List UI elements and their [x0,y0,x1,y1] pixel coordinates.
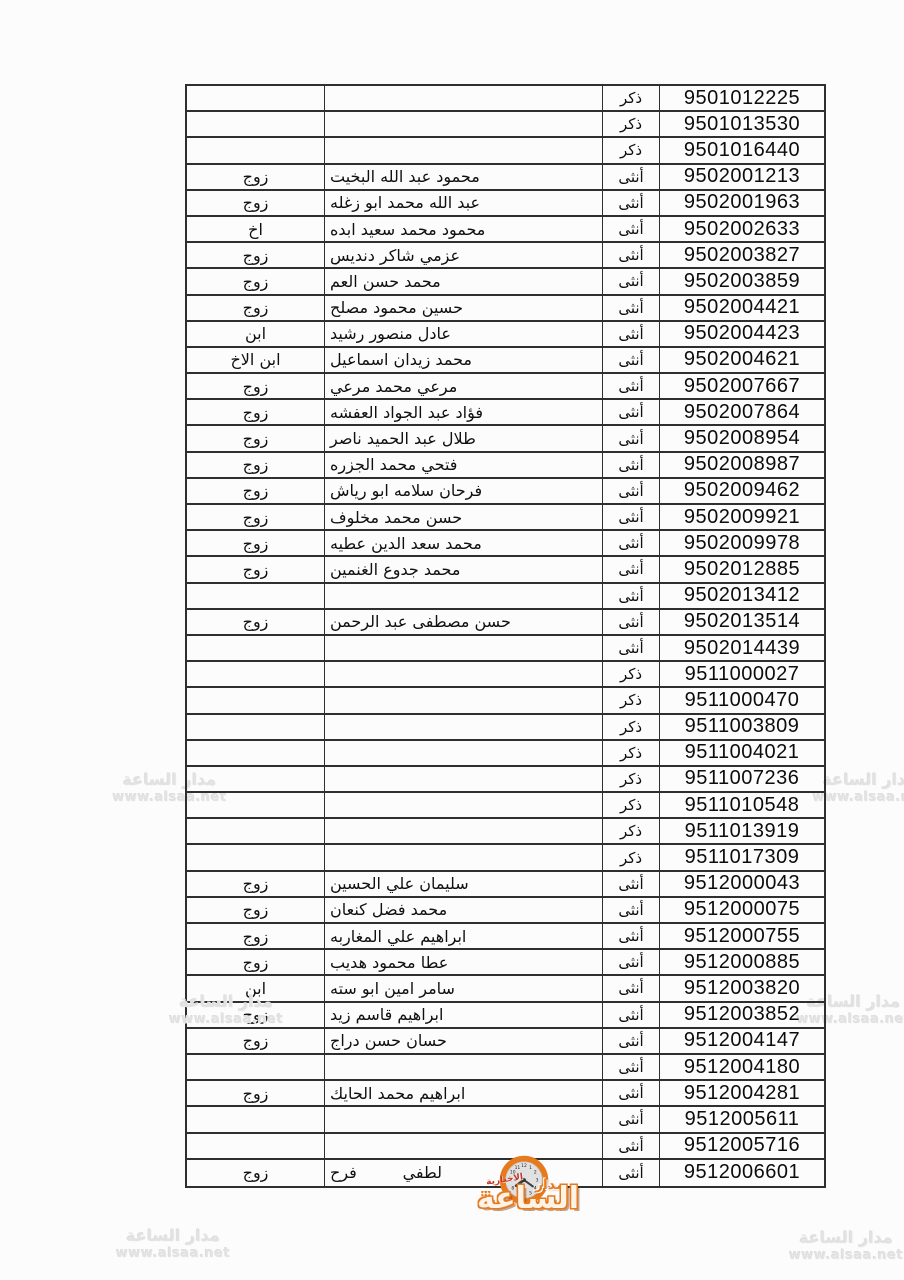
gender-cell: ذكر [602,819,659,843]
relation-cell [187,793,324,817]
relation-cell [187,584,324,608]
gender-cell: أنثى [602,1081,659,1105]
table-row: أنثى 9502014439 [187,636,824,662]
name-cell: محمود محمد سعيد ابده [324,217,602,241]
relation-cell [187,819,324,843]
gender-cell: أنثى [602,269,659,293]
national-id-cell: 9502004621 [659,348,824,372]
relation-cell: زوج [187,610,324,634]
relation-cell [187,845,324,869]
relation-cell: زوج [187,898,324,922]
table-row: زوج حسين محمود مصلح أنثى 9502004421 [187,296,824,322]
gender-cell: ذكر [602,662,659,686]
table-row: زوج عزمي شاكر دنديس أنثى 9502003827 [187,243,824,269]
relation-cell [187,1107,324,1131]
relation-cell: زوج [187,505,324,529]
relation-cell [187,1134,324,1158]
national-id-cell: 9511003809 [659,715,824,739]
name-cell: سليمان علي الحسين [324,872,602,896]
watermark-url: www.alsaa.net [812,790,904,806]
table-row: زوج عبد الله محمد ابو زغله أنثى 95020019… [187,191,824,217]
national-id-cell: 9502007667 [659,374,824,398]
national-id-cell: 9511004021 [659,741,824,765]
scanned-document-page: مدار الساعة www.alsaa.net مدار الساعة ww… [0,0,904,1280]
national-id-cell: 9512000885 [659,950,824,974]
svg-text:11: 11 [515,1165,521,1171]
gender-cell: أنثى [602,872,659,896]
relation-cell: اخ [187,217,324,241]
relation-cell: زوج [187,296,324,320]
table-row: ذكر 9511013919 [187,819,824,845]
name-cell [324,86,602,110]
table-row: أنثى 9512005611 [187,1107,824,1133]
national-id-cell: 9502004421 [659,296,824,320]
national-id-cell: 9502008987 [659,453,824,477]
name-cell [324,112,602,136]
gender-cell: أنثى [602,505,659,529]
name-cell [324,1107,602,1131]
gender-cell: أنثى [602,584,659,608]
national-id-cell: 9501012225 [659,86,824,110]
national-id-cell: 9512004180 [659,1055,824,1079]
name-cell: محمد سعد الدين عطيه [324,531,602,555]
svg-text:12: 12 [521,1163,527,1169]
national-id-cell: 9512004147 [659,1029,824,1053]
national-id-cell: 9502003859 [659,269,824,293]
name-cell: سامر امين ابو سته [324,976,602,1000]
relation-cell [187,636,324,660]
svg-text:1: 1 [529,1165,532,1171]
gender-cell: أنثى [602,531,659,555]
table-row: زوج محمد سعد الدين عطيه أنثى 9502009978 [187,531,824,557]
name-cell [324,715,602,739]
gender-cell: أنثى [602,950,659,974]
name-cell: محمد زيدان اسماعيل [324,348,602,372]
relation-cell [187,662,324,686]
national-id-cell: 9502014439 [659,636,824,660]
national-id-cell: 9502003827 [659,243,824,267]
gender-cell: ذكر [602,86,659,110]
gender-cell: ذكر [602,741,659,765]
table-row: ذكر 9511010548 [187,793,824,819]
name-cell [324,819,602,843]
watermark-text: مدار الساعة [823,770,904,790]
national-id-cell: 9512004281 [659,1081,824,1105]
relation-cell: زوج [187,426,324,450]
table-row: زوج محمد جدوع الغنمين أنثى 9502012885 [187,557,824,583]
relation-cell [187,767,324,791]
table-row: زوج حسن محمد مخلوف أنثى 9502009921 [187,505,824,531]
national-id-cell: 9512006601 [659,1160,824,1186]
gender-cell: أنثى [602,374,659,398]
name-cell: فتحي محمد الجزره [324,453,602,477]
national-id-cell: 9502008954 [659,426,824,450]
relation-cell: زوج [187,924,324,948]
national-id-cell: 9512005611 [659,1107,824,1131]
name-cell [324,662,602,686]
relation-cell: ابن [187,976,324,1000]
table-row: ذكر 9501013530 [187,112,824,138]
table-row: ابن عادل منصور رشيد أنثى 9502004423 [187,322,824,348]
table-row: زوج ابراهيم محمد الحايك أنثى 9512004281 [187,1081,824,1107]
name-cell: عبد الله محمد ابو زغله [324,191,602,215]
national-id-cell: 9511000027 [659,662,824,686]
watermark-text: مدار الساعة [799,1228,893,1248]
national-id-cell: 9511017309 [659,845,824,869]
national-id-cell: 9512003852 [659,1003,824,1027]
table-row: زوج فؤاد عبد الجواد العفشه أنثى 95020078… [187,400,824,426]
name-cell [324,1055,602,1079]
gender-cell: أنثى [602,426,659,450]
relation-cell [187,138,324,162]
relation-cell: زوج [187,1003,324,1027]
relation-cell: زوج [187,950,324,974]
table-row: ذكر 9511000027 [187,662,824,688]
name-cell: طلال عبد الحميد ناصر [324,426,602,450]
national-id-cell: 9511000470 [659,688,824,712]
national-id-cell: 9502002633 [659,217,824,241]
national-id-cell: 9502004423 [659,322,824,346]
gender-cell: أنثى [602,1029,659,1053]
name-cell: حسن مصطفى عبد الرحمن [324,610,602,634]
watermark: مدار الساعة www.alsaa.net [118,1226,228,1262]
national-id-cell: 9512003820 [659,976,824,1000]
gender-cell: أنثى [602,348,659,372]
national-id-cell: 9502001963 [659,191,824,215]
national-id-cell: 9502007864 [659,400,824,424]
name-cell: مرعي محمد مرعي [324,374,602,398]
gender-cell: أنثى [602,217,659,241]
name-cell [324,584,602,608]
table-row: ابن سامر امين ابو سته أنثى 9512003820 [187,976,824,1002]
name-cell: حسان حسن دراج [324,1029,602,1053]
national-id-cell: 9502013412 [659,584,824,608]
national-id-cell: 9502009462 [659,479,824,503]
relation-cell [187,112,324,136]
name-cell: محمود عبد الله البخيت [324,165,602,189]
table-row: ذكر 9511017309 [187,845,824,871]
table-row: ذكر 9501012225 [187,86,824,112]
table-row: ابن الاخ محمد زيدان اسماعيل أنثى 9502004… [187,348,824,374]
name-cell: حسين محمود مصلح [324,296,602,320]
gender-cell: أنثى [602,610,659,634]
national-id-cell: 9511007236 [659,767,824,791]
table-row: زوج محمد حسن العم أنثى 9502003859 [187,269,824,295]
name-cell: ابراهيم محمد الحايك [324,1081,602,1105]
name-cell [324,741,602,765]
gender-cell: أنثى [602,557,659,581]
national-id-cell: 9511013919 [659,819,824,843]
records-table: ذكر 9501012225 ذكر 9501013530 ذكر 950101… [185,84,826,1188]
gender-cell: ذكر [602,688,659,712]
gender-cell: أنثى [602,1107,659,1131]
national-id-cell: 9512000075 [659,898,824,922]
svg-text:2: 2 [534,1170,537,1176]
name-cell: فؤاد عبد الجواد العفشه [324,400,602,424]
name-cell [324,636,602,660]
relation-cell: زوج [187,400,324,424]
relation-cell: زوج [187,374,324,398]
gender-cell: أنثى [602,1055,659,1079]
gender-cell: أنثى [602,322,659,346]
table-row: زوج طلال عبد الحميد ناصر أنثى 9502008954 [187,426,824,452]
relation-cell [187,688,324,712]
name-cell: عزمي شاكر دنديس [324,243,602,267]
relation-cell [187,741,324,765]
relation-cell: زوج [187,872,324,896]
national-id-cell: 9502009921 [659,505,824,529]
national-id-cell: 9501016440 [659,138,824,162]
name-cell: محمد فضل كنعان [324,898,602,922]
name-cell: محمد حسن العم [324,269,602,293]
gender-cell: أنثى [602,165,659,189]
relation-cell: زوج [187,453,324,477]
table-row: ذكر 9501016440 [187,138,824,164]
national-id-cell: 9512005716 [659,1134,824,1158]
national-id-cell: 9501013530 [659,112,824,136]
table-row: زوج فتحي محمد الجزره أنثى 9502008987 [187,453,824,479]
table-row: زوج محمود عبد الله البخيت أنثى 950200121… [187,165,824,191]
name-cell: فرحان سلامه ابو رياش [324,479,602,503]
gender-cell: أنثى [602,479,659,503]
relation-cell: زوج [187,531,324,555]
table-row: زوج مرعي محمد مرعي أنثى 9502007667 [187,374,824,400]
national-id-cell: 9512000043 [659,872,824,896]
table-row: اخ محمود محمد سعيد ابده أنثى 9502002633 [187,217,824,243]
relation-cell: زوج [187,269,324,293]
relation-cell: زوج [187,1160,324,1186]
gender-cell: أنثى [602,1003,659,1027]
relation-cell [187,1055,324,1079]
relation-cell: زوج [187,1029,324,1053]
table-row: ذكر 9511000470 [187,688,824,714]
gender-cell: ذكر [602,767,659,791]
name-cell: محمد جدوع الغنمين [324,557,602,581]
gender-cell: أنثى [602,636,659,660]
table-row: ذكر 9511003809 [187,715,824,741]
watermark-url: www.alsaa.net [789,1248,903,1264]
gender-cell: ذكر [602,715,659,739]
gender-cell: أنثى [602,453,659,477]
relation-cell: زوج [187,243,324,267]
national-id-cell: 9502013514 [659,610,824,634]
relation-cell: ابن [187,322,324,346]
relation-cell: زوج [187,165,324,189]
table-row: زوج ابراهيم علي المغاربه أنثى 9512000755 [187,924,824,950]
national-id-cell: 9502012885 [659,557,824,581]
national-id-cell: 9502009978 [659,531,824,555]
table-row: أنثى 9512004180 [187,1055,824,1081]
watermark-url: www.alsaa.net [116,1246,230,1262]
table-row: زوج عطا محمود هديب أنثى 9512000885 [187,950,824,976]
name-cell: عطا محمود هديب [324,950,602,974]
gender-cell: ذكر [602,138,659,162]
name-cell [324,767,602,791]
table-row: زوج فرحان سلامه ابو رياش أنثى 9502009462 [187,479,824,505]
table-row: زوج سليمان علي الحسين أنثى 9512000043 [187,872,824,898]
relation-cell: زوج [187,479,324,503]
table-row: ذكر 9511007236 [187,767,824,793]
table-row: ذكر 9511004021 [187,741,824,767]
name-cell [324,688,602,712]
national-id-cell: 9511010548 [659,793,824,817]
relation-cell: زوج [187,557,324,581]
name-cell: عادل منصور رشيد [324,322,602,346]
table-row: زوج ابراهيم قاسم زيد أنثى 9512003852 [187,1003,824,1029]
relation-cell: زوج [187,191,324,215]
gender-cell: أنثى [602,400,659,424]
national-id-cell: 9502001213 [659,165,824,189]
name-cell [324,845,602,869]
gender-cell: أنثى [602,296,659,320]
gender-cell: أنثى [602,898,659,922]
gender-cell: ذكر [602,793,659,817]
relation-cell [187,86,324,110]
name-cell: ابراهيم علي المغاربه [324,924,602,948]
relation-cell: زوج [187,1081,324,1105]
gender-cell: أنثى [602,243,659,267]
relation-cell [187,715,324,739]
name-cell: ابراهيم قاسم زيد [324,1003,602,1027]
table-row: زوج حسان حسن دراج أنثى 9512004147 [187,1029,824,1055]
table-row: زوج حسن مصطفى عبد الرحمن أنثى 9502013514 [187,610,824,636]
name-cell: حسن محمد مخلوف [324,505,602,529]
madar-alsaa-logo: 121 23 45 67 89 1011 الاخبارية مدار السا… [440,1150,650,1245]
table-row: زوج محمد فضل كنعان أنثى 9512000075 [187,898,824,924]
national-id-cell: 9512000755 [659,924,824,948]
relation-cell: ابن الاخ [187,348,324,372]
watermark-text: مدار الساعة [126,1226,220,1246]
gender-cell: ذكر [602,112,659,136]
logo-brand-main: الساعة [474,1183,582,1215]
gender-cell: أنثى [602,976,659,1000]
name-cell [324,138,602,162]
gender-cell: ذكر [602,845,659,869]
gender-cell: أنثى [602,191,659,215]
name-cell [324,793,602,817]
gender-cell: أنثى [602,924,659,948]
table-row: أنثى 9502013412 [187,584,824,610]
watermark: مدار الساعة www.alsaa.net [786,1228,904,1264]
